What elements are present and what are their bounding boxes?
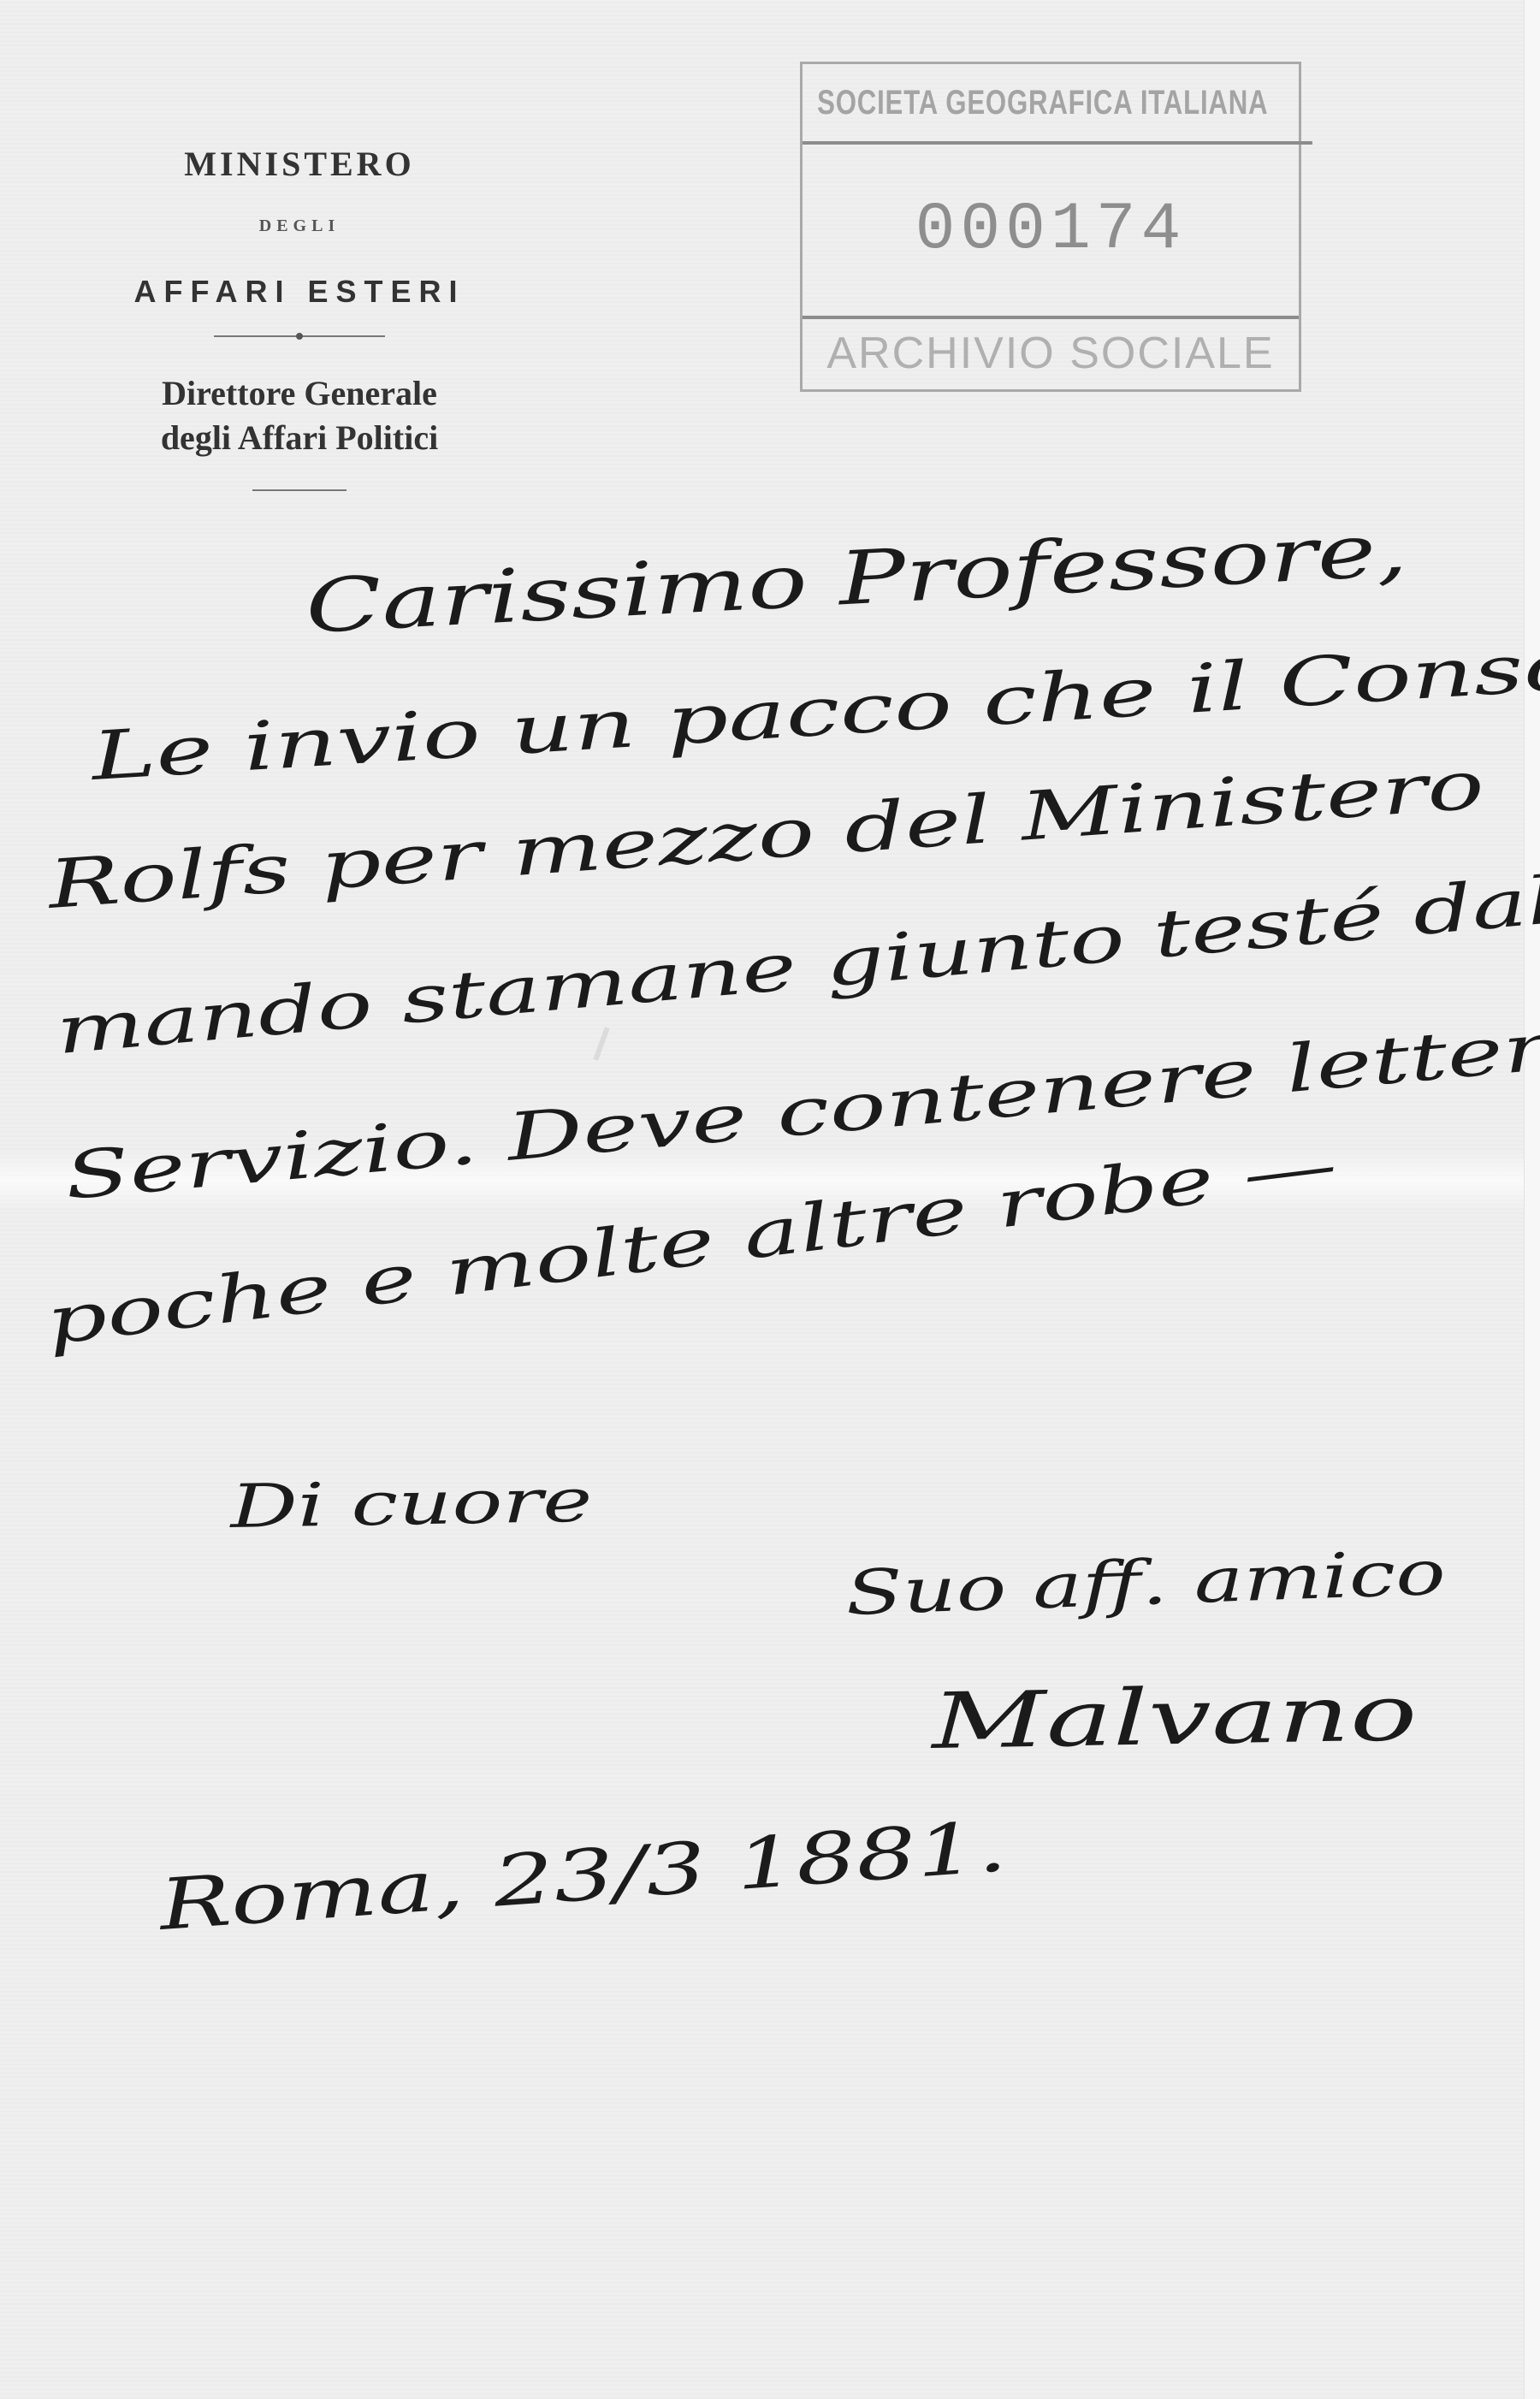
letterhead-office: Direttore Generale degli Affari Politici (77, 371, 522, 460)
letter-closing: Di cuore (230, 1466, 593, 1542)
letterhead-office-line2: degli Affari Politici (77, 416, 522, 460)
archive-stamp: SOCIETA GEOGRAFICA ITALIANA 000174 ARCHI… (800, 62, 1301, 392)
letterhead-ministero: MINISTERO (77, 144, 522, 184)
letterhead-degli: DEGLI (77, 216, 522, 236)
page-edge (1524, 0, 1540, 2399)
stamp-footer: ARCHIVIO SOCIALE (803, 319, 1299, 388)
letterhead-divider-short (252, 489, 346, 491)
letter-signature: Malvano (931, 1668, 1418, 1767)
letterhead: MINISTERO DEGLI AFFARI ESTERI Direttore … (77, 137, 522, 491)
stamp-header: SOCIETA GEOGRAFICA ITALIANA (803, 64, 1312, 145)
letterhead-affari-esteri: AFFARI ESTERI (77, 274, 522, 310)
stamp-number: 000174 (803, 145, 1299, 319)
letterhead-divider (214, 335, 385, 337)
letterhead-office-line1: Direttore Generale (77, 371, 522, 416)
